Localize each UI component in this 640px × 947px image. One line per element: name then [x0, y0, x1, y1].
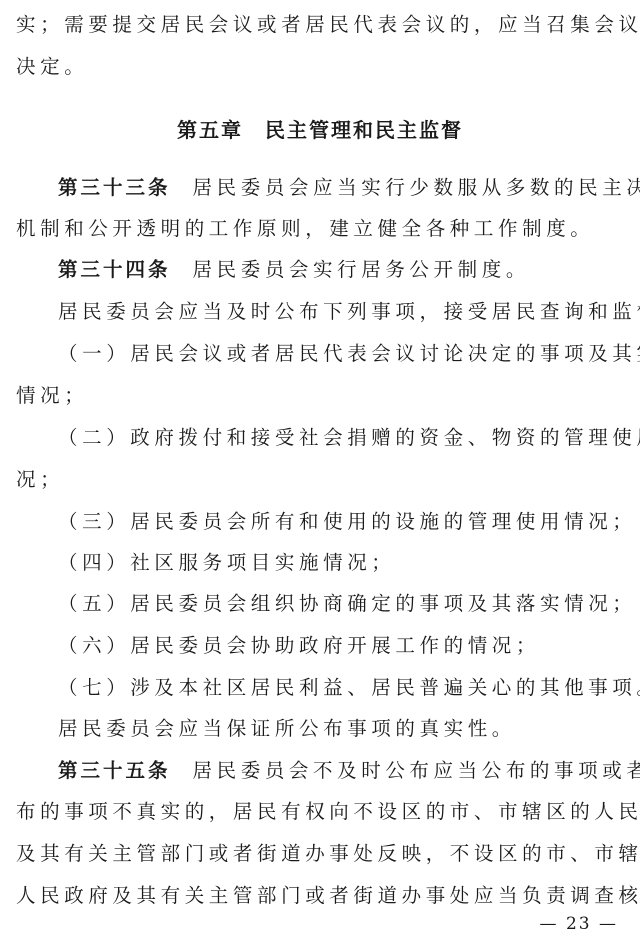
list-item: （一）居民会议或者居民代表会议讨论决定的事项及其实施: [58, 342, 628, 366]
text-line: 人民政府及其有关主管部门或者街道办事处应当负责调查核实，: [16, 884, 628, 908]
article-33: 第三十三条居民委员会应当实行少数服从多数的民主决策: [58, 176, 628, 200]
text-line: 实；需要提交居民会议或者居民代表会议的，应当召集会议讨论: [16, 13, 628, 37]
chapter-title: 民主管理和民主监督: [265, 118, 463, 142]
article-34: 第三十四条居民委员会实行居务公开制度。: [58, 258, 628, 282]
article-text: 居民委员会不及时公布应当公布的事项或者公: [193, 759, 640, 782]
article-text: 居民委员会应当实行少数服从多数的民主决策: [193, 176, 640, 199]
list-item-continued: 况；: [16, 468, 628, 492]
text-line: 居民委员会应当及时公布下列事项，接受居民查询和监督：: [58, 300, 628, 324]
text-line: 机制和公开透明的工作原则，建立健全各种工作制度。: [16, 217, 628, 241]
list-item: （五）居民委员会组织协商确定的事项及其落实情况；: [58, 592, 628, 616]
list-item: （二）政府拨付和接受社会捐赠的资金、物资的管理使用情: [58, 426, 628, 450]
article-35: 第三十五条居民委员会不及时公布应当公布的事项或者公: [58, 759, 628, 783]
article-label: 第三十五条: [58, 759, 171, 782]
article-text: 居民委员会实行居务公开制度。: [193, 258, 530, 281]
text-line: 居民委员会应当保证所公布事项的真实性。: [58, 717, 628, 741]
text-line: 决定。: [16, 55, 628, 79]
article-label: 第三十三条: [58, 176, 171, 199]
list-item: （四）社区服务项目实施情况；: [58, 551, 628, 575]
text-line: 布的事项不真实的，居民有权向不设区的市、市辖区的人民政府: [16, 800, 628, 824]
list-item-continued: 情况；: [16, 384, 628, 408]
chapter-heading: 第五章民主管理和民主监督: [0, 118, 640, 142]
page-number: — 23 —: [540, 913, 618, 935]
list-item: （七）涉及本社区居民利益、居民普遍关心的其他事项。: [58, 676, 628, 700]
list-item: （六）居民委员会协助政府开展工作的情况；: [58, 634, 628, 658]
chapter-number: 第五章: [177, 118, 243, 142]
text-line: 及其有关主管部门或者街道办事处反映，不设区的市、市辖区的: [16, 842, 628, 866]
list-item: （三）居民委员会所有和使用的设施的管理使用情况；: [58, 510, 628, 534]
article-label: 第三十四条: [58, 258, 171, 281]
